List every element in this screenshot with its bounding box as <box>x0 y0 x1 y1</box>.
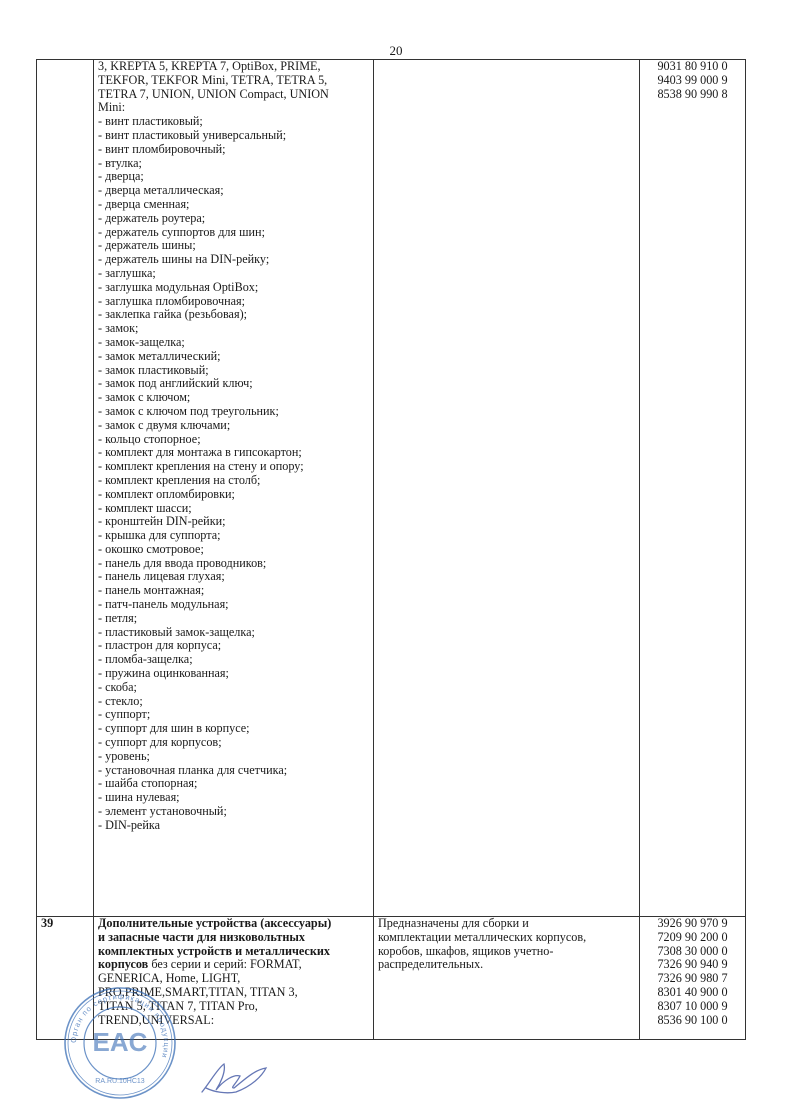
list-item: - держатель суппортов для шин; <box>98 226 369 240</box>
list-item: - заглушка модульная OptiBox; <box>98 281 369 295</box>
list-item: - окошко смотровое; <box>98 543 369 557</box>
list-item: - суппорт для шин в корпусе; <box>98 722 369 736</box>
list-item: - стекло; <box>98 695 369 709</box>
title-bold-text: корпусов <box>98 957 148 971</box>
title-line: Дополнительные устройства (аксессуары) <box>98 917 369 931</box>
list-item: - держатель шины; <box>98 239 369 253</box>
list-item: - пружина оцинкованная; <box>98 667 369 681</box>
title-line: и запасные части для низковольтных <box>98 931 369 945</box>
list-item: - держатель шины на DIN-рейку; <box>98 253 369 267</box>
series-line: Mini: <box>98 101 369 115</box>
series-line: TETRA 7, UNION, UNION Compact, UNION <box>98 88 369 102</box>
purpose-cell: Предназначены для сборки икомплектации м… <box>374 917 640 1040</box>
row-number-cell <box>37 60 94 917</box>
list-item: - втулка; <box>98 157 369 171</box>
list-item: - заглушка пломбировочная; <box>98 295 369 309</box>
tn-ved-code: 8536 90 100 0 <box>644 1014 741 1028</box>
list-item: - патч-панель модульная; <box>98 598 369 612</box>
list-item: - комплект крепления на стену и опору; <box>98 460 369 474</box>
list-item: - шайба стопорная; <box>98 777 369 791</box>
tn-ved-code: 8301 40 900 0 <box>644 986 741 1000</box>
list-item: - крышка для суппорта; <box>98 529 369 543</box>
list-item: - заклепка гайка (резьбовая); <box>98 308 369 322</box>
product-title: Дополнительные устройства (аксессуары)и … <box>98 917 369 1027</box>
list-item: - замок; <box>98 322 369 336</box>
list-item: - заглушка; <box>98 267 369 281</box>
list-item: - винт пластиковый; <box>98 115 369 129</box>
list-item: - комплект для монтажа в гипсокартон; <box>98 446 369 460</box>
list-item: - DIN-рейка <box>98 819 369 833</box>
list-item: - пластиковый замок-защелка; <box>98 626 369 640</box>
purpose-line: комплектации металлических корпусов, <box>378 931 635 945</box>
title-series-line: TREND,UNIVERSAL: <box>98 1014 369 1028</box>
series-line: 3, KREPTA 5, KREPTA 7, OptiBox, PRIME, <box>98 60 369 74</box>
list-item: - установочная планка для счетчика; <box>98 764 369 778</box>
purpose-cell <box>374 60 640 917</box>
list-item: - петля; <box>98 612 369 626</box>
tn-ved-code: 9031 80 910 0 <box>644 60 741 74</box>
tn-ved-code: 8307 10 000 9 <box>644 1000 741 1014</box>
signature <box>196 1058 272 1098</box>
list-item: - замок с ключом; <box>98 391 369 405</box>
certificate-appendix-table: 3, KREPTA 5, KREPTA 7, OptiBox, PRIME,TE… <box>36 59 746 1040</box>
list-item: - винт пластиковый универсальный; <box>98 129 369 143</box>
table-row: 39 Дополнительные устройства (аксессуары… <box>37 917 746 1040</box>
row-number-cell: 39 <box>37 917 94 1040</box>
stamp-registration-number: RA.RU.10НС13 <box>95 1078 145 1085</box>
list-item: - скоба; <box>98 681 369 695</box>
title-bold-text: комплектных устройств и металлических <box>98 944 330 958</box>
table-row: 3, KREPTA 5, KREPTA 7, OptiBox, PRIME,TE… <box>37 60 746 917</box>
product-series-list: 3, KREPTA 5, KREPTA 7, OptiBox, PRIME,TE… <box>98 60 369 115</box>
title-bold-text: и запасные части для низковольтных <box>98 930 305 944</box>
title-series-line: PRO,PRIME,SMART,TITAN, TITAN 3, <box>98 986 369 1000</box>
list-item: - панель лицевая глухая; <box>98 570 369 584</box>
list-item: - замок с двумя ключами; <box>98 419 369 433</box>
list-item: - держатель роутера; <box>98 212 369 226</box>
list-item: - элемент установочный; <box>98 805 369 819</box>
title-line: корпусов без серии и серий: FORMAT, <box>98 958 369 972</box>
page-number: 20 <box>0 44 792 58</box>
list-item: - кронштейн DIN-рейки; <box>98 515 369 529</box>
list-item: - замок с ключом под треугольник; <box>98 405 369 419</box>
title-series-line: TITAN 5, TITAN 7, TITAN Pro, <box>98 1000 369 1014</box>
tn-ved-code: 3926 90 970 9 <box>644 917 741 931</box>
title-series-line: GENERICA, Home, LIGHT, <box>98 972 369 986</box>
list-item: - дверца металлическая; <box>98 184 369 198</box>
list-item: - дверца; <box>98 170 369 184</box>
purpose-line: Предназначены для сборки и <box>378 917 635 931</box>
list-item: - панель монтажная; <box>98 584 369 598</box>
tn-ved-codes-cell: 9031 80 910 09403 99 000 98538 90 990 8 <box>640 60 746 917</box>
product-description-cell: 3, KREPTA 5, KREPTA 7, OptiBox, PRIME,TE… <box>94 60 374 917</box>
title-line: комплектных устройств и металлических <box>98 945 369 959</box>
list-item: - шина нулевая; <box>98 791 369 805</box>
tn-ved-code: 7326 90 980 7 <box>644 972 741 986</box>
tn-ved-code: 7308 30 000 0 <box>644 945 741 959</box>
list-item: - уровень; <box>98 750 369 764</box>
list-item: - комплект шасси; <box>98 502 369 516</box>
series-line: TEKFOR, TEKFOR Mini, TETRA, TETRA 5, <box>98 74 369 88</box>
product-description-cell: Дополнительные устройства (аксессуары)и … <box>94 917 374 1040</box>
list-item: - панель для ввода проводников; <box>98 557 369 571</box>
list-item: - кольцо стопорное; <box>98 433 369 447</box>
title-series-text: без серии и серий: FORMAT, <box>148 957 301 971</box>
list-item: - суппорт; <box>98 708 369 722</box>
tn-ved-code: 7326 90 940 9 <box>644 958 741 972</box>
list-item: - комплект опломбировки; <box>98 488 369 502</box>
list-item: - суппорт для корпусов; <box>98 736 369 750</box>
purpose-line: распределительных. <box>378 958 635 972</box>
list-item: - пломба-защелка; <box>98 653 369 667</box>
list-item: - винт пломбировочный; <box>98 143 369 157</box>
list-item: - пластрон для корпуса; <box>98 639 369 653</box>
list-item: - замок пластиковый; <box>98 364 369 378</box>
title-bold-text: Дополнительные устройства (аксессуары) <box>98 916 331 930</box>
tn-ved-code: 8538 90 990 8 <box>644 88 741 102</box>
tn-ved-code: 9403 99 000 9 <box>644 74 741 88</box>
purpose-line: коробов, шкафов, ящиков учетно- <box>378 945 635 959</box>
list-item: - замок металлический; <box>98 350 369 364</box>
list-item: - замок под английский ключ; <box>98 377 369 391</box>
tn-ved-code: 7209 90 200 0 <box>644 931 741 945</box>
list-item: - комплект крепления на столб; <box>98 474 369 488</box>
list-item: - замок-защелка; <box>98 336 369 350</box>
tn-ved-codes-cell: 3926 90 970 97209 90 200 07308 30 000 07… <box>640 917 746 1040</box>
list-item: - дверца сменная; <box>98 198 369 212</box>
component-list: - винт пластиковый;- винт пластиковый ун… <box>98 115 369 832</box>
